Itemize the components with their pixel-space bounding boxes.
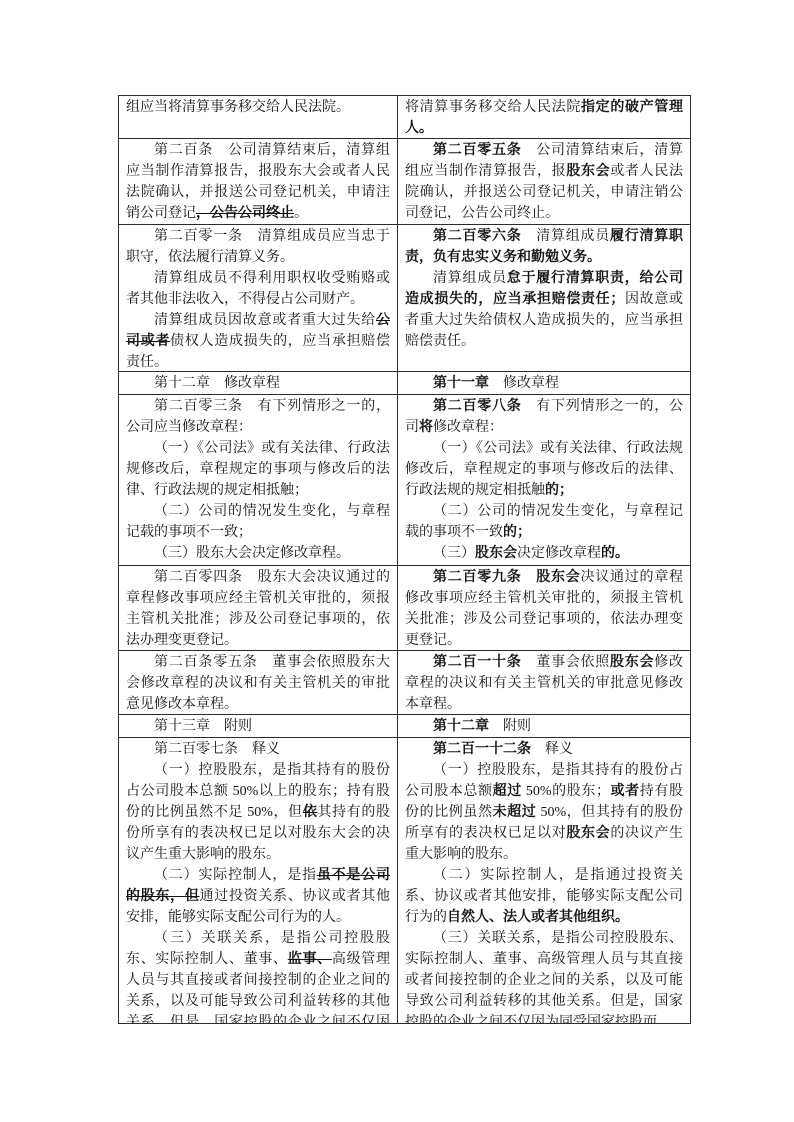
table-row: 组应当将清算事务移交给人民法院。将清算事务移交给人民法院指定的破产管理人。 (119, 96, 691, 139)
paragraph: 将清算事务移交给人民法院指定的破产管理人。 (405, 97, 683, 138)
cell-content: 将清算事务移交给人民法院指定的破产管理人。 (398, 96, 690, 138)
added-text-run: 未超过 (493, 805, 537, 820)
added-text-run: 的； (503, 525, 531, 540)
cell-content: 第二百条 公司清算结束后，清算组应当制作清算报告，报股东大会或者人民法院确认，并… (119, 139, 397, 224)
paragraph: 第二百一十条 董事会依照股东会修改章程的决议和有关主管机关的审批意见修改本章程。 (405, 652, 683, 714)
table-row: 第二百零三条 有下列情形之一的，公司应当修改章程：（一）《公司法》或有关法律、行… (119, 395, 691, 566)
cell-content: 第二百零五条 公司清算结束后，清算组应当制作清算报告，报股东会或者人民法院确认，… (398, 139, 690, 224)
added-text-run: 第二百一十二条 (433, 742, 531, 757)
cell-old-version: 第二百条零五条 董事会依照股东大会修改章程的决议和有关主管机关的审批意见修改本章… (119, 651, 398, 715)
text-run: （一）《公司法》或有关法律、行政法规修改后，章程规定的事项与修改后的法律、行政法… (126, 441, 390, 498)
added-text-run: 第二百零九条 (433, 570, 522, 585)
added-text-run: 第二百一十条 (433, 655, 522, 670)
cell-new-version: 第十二章 附则 (398, 715, 691, 738)
paragraph: 第十二章 附则 (405, 716, 683, 737)
text-run: 第二百零四条 股东大会决议通过的章程修改事项应经主管机关审批的，须报主管机关批准… (126, 570, 390, 648)
cell-old-version: 第二百零一条 清算组成员应当忠于职守，依法履行清算义务。清算组成员不得利用职权收… (119, 225, 398, 372)
table-row: 第二百零四条 股东大会决议通过的章程修改事项应经主管机关审批的，须报主管机关批准… (119, 566, 691, 651)
cell-old-version: 第二百零四条 股东大会决议通过的章程修改事项应经主管机关审批的，须报主管机关批准… (119, 566, 398, 651)
added-text-run: 股东会 (610, 655, 654, 670)
text-run: 附则 (489, 719, 531, 734)
cell-content: 第二百零三条 有下列情形之一的，公司应当修改章程：（一）《公司法》或有关法律、行… (119, 395, 397, 565)
paragraph: （三）关联关系，是指公司控股股东、实际控制人、董事、高级管理人员与其直接或者间接… (405, 928, 683, 1023)
added-text-run: 股东会 (475, 546, 517, 561)
paragraph: 第十三章 附则 (126, 716, 390, 737)
cell-new-version: 第二百零八条 有下列情形之一的，公司将修改章程：（一）《公司法》或有关法律、行政… (398, 395, 691, 566)
paragraph: 第二百零六条 清算组成员履行清算职责，负有忠实义务和勤勉义务。 (405, 226, 683, 268)
cell-content: 第二百零六条 清算组成员履行清算职责，负有忠实义务和勤勉义务。清算组成员怠于履行… (398, 225, 690, 371)
table-row: 第二百条 公司清算结束后，清算组应当制作清算报告，报股东大会或者人民法院确认，并… (119, 139, 691, 225)
cell-content: 第二百零八条 有下列情形之一的，公司将修改章程：（一）《公司法》或有关法律、行政… (398, 395, 690, 565)
cell-content: 第二百零一条 清算组成员应当忠于职守，依法履行清算义务。清算组成员不得利用职权收… (119, 225, 397, 371)
text-run: （二）公司的情况发生变化，与章程记载的事项不一致； (126, 504, 390, 540)
added-text-run: 或者 (610, 784, 640, 799)
cell-old-version: 第十三章 附则 (119, 715, 398, 738)
text-run: 组应当将清算事务移交给人民法院。 (126, 100, 350, 115)
comparison-table-body: 组应当将清算事务移交给人民法院。将清算事务移交给人民法院指定的破产管理人。第二百… (119, 96, 691, 1024)
paragraph: （一）《公司法》或有关法律、行政法规修改后，章程规定的事项与修改后的法律、行政法… (405, 438, 683, 501)
paragraph: 第十一章 修改章程 (405, 373, 683, 394)
paragraph: （一）控股股东，是指其持有的股份占公司股本总额 50%以上的股东；持有股份的比例… (126, 760, 390, 865)
cell-content: 组应当将清算事务移交给人民法院。 (119, 96, 397, 138)
cell-new-version: 第二百一十二条 释义（一）控股股东，是指其持有的股份占公司股本总额超过 50%的… (398, 738, 691, 1024)
table-row: 第二百零一条 清算组成员应当忠于职守，依法履行清算义务。清算组成员不得利用职权收… (119, 225, 691, 372)
paragraph: （二）公司的情况发生变化，与章程记载的事项不一致； (126, 501, 390, 543)
text-run: （三）股东大会决定修改章程。 (154, 546, 350, 561)
paragraph: 清算组成员怠于履行清算职责，给公司造成损失的，应当承担赔偿责任；因故意或者重大过… (405, 268, 683, 352)
text-run: 清算组成员 (433, 271, 507, 286)
text-run: 第十三章 附则 (154, 719, 252, 734)
text-run: 50%的股东； (522, 784, 610, 799)
text-run: （一）《公司法》或有关法律、行政法规修改后，章程规定的事项与修改后的法律、行政法… (405, 441, 683, 498)
text-run (522, 570, 537, 585)
paragraph: 组应当将清算事务移交给人民法院。 (126, 97, 390, 118)
cell-old-version: 第二百条 公司清算结束后，清算组应当制作清算报告，报股东大会或者人民法院确认，并… (119, 139, 398, 225)
cell-new-version: 第二百零六条 清算组成员履行清算职责，负有忠实义务和勤勉义务。清算组成员怠于履行… (398, 225, 691, 372)
added-text-run: 股东会 (536, 570, 580, 585)
paragraph: 第十二章 修改章程 (126, 373, 390, 394)
text-run: （二）实际控制人，是指 (154, 868, 317, 883)
paragraph: （三）关联关系，是指公司控股股东、实际控制人、董事、监事、高级管理人员与其直接或… (126, 928, 390, 1023)
added-text-run: 的； (545, 483, 573, 498)
document-page: 组应当将清算事务移交给人民法院。将清算事务移交给人民法院指定的破产管理人。第二百… (0, 0, 794, 1122)
cell-content: 第十二章 附则 (398, 715, 690, 737)
text-run: （三） (433, 546, 475, 561)
text-run: 释义 (531, 742, 573, 757)
deleted-text-run: 依 (303, 805, 318, 820)
paragraph: 第二百零七条 释义 (126, 739, 390, 760)
text-run: 第十二章 修改章程 (154, 376, 280, 391)
cell-new-version: 第二百零九条 股东会决议通过的章程修改事项应经主管机关审批的，须报主管机关批准；… (398, 566, 691, 651)
cell-content: 第二百零七条 释义（一）控股股东，是指其持有的股份占公司股本总额 50%以上的股… (119, 738, 397, 1023)
text-run: 第二百零一条 清算组成员应当忠于职守，依法履行清算义务。 (126, 229, 390, 265)
table-row: 第二百条零五条 董事会依照股东大会修改章程的决议和有关主管机关的审批意见修改本章… (119, 651, 691, 715)
cell-new-version: 第十一章 修改章程 (398, 372, 691, 395)
text-run: 清算组成员 (522, 229, 611, 244)
cell-content: 第十二章 修改章程 (119, 372, 397, 394)
added-text-run: 超过 (493, 784, 522, 799)
paragraph: （三）股东会决定修改章程的。 (405, 543, 683, 564)
text-run: 将清算事务移交给人民法院 (405, 100, 581, 115)
cell-old-version: 第十二章 修改章程 (119, 372, 398, 395)
cell-content: 第二百零九条 股东会决议通过的章程修改事项应经主管机关审批的，须报主管机关批准；… (398, 566, 690, 650)
paragraph: 第二百零八条 有下列情形之一的，公司将修改章程： (405, 396, 683, 438)
text-run: 决定修改章程 (517, 546, 601, 561)
deleted-text-run: 监事、 (288, 952, 332, 967)
text-run: 第二百零七条 释义 (154, 742, 280, 757)
text-run: 董事会依照 (522, 655, 611, 670)
paragraph: （二）公司的情况发生变化，与章程记载的事项不一致的； (405, 501, 683, 543)
text-run: （二）公司的情况发生变化，与章程记载的事项不一致 (405, 504, 683, 540)
table-row: 第十二章 修改章程第十一章 修改章程 (119, 372, 691, 395)
added-text-run: 将 (419, 420, 433, 435)
cell-content: 第二百零四条 股东大会决议通过的章程修改事项应经主管机关审批的，须报主管机关批准… (119, 566, 397, 650)
added-text-run: 第十二章 (433, 719, 489, 734)
cell-content: 第二百条零五条 董事会依照股东大会修改章程的决议和有关主管机关的审批意见修改本章… (119, 651, 397, 714)
added-text-run: 股东会 (566, 164, 610, 179)
added-text-run: 自然人、法人或者其他组织。 (447, 910, 629, 925)
text-run: 清算组成员不得利用职权收受贿赂或者其他非法收入，不得侵占公司财产。 (126, 271, 390, 307)
paragraph: 清算组成员不得利用职权收受贿赂或者其他非法收入，不得侵占公司财产。 (126, 268, 390, 310)
cell-content: 第二百一十条 董事会依照股东会修改章程的决议和有关主管机关的审批意见修改本章程。 (398, 651, 690, 714)
added-text-run: 第二百零八条 (433, 399, 522, 414)
comparison-table: 组应当将清算事务移交给人民法院。将清算事务移交给人民法院指定的破产管理人。第二百… (118, 95, 691, 1024)
cell-new-version: 第二百零五条 公司清算结束后，清算组应当制作清算报告，报股东会或者人民法院确认，… (398, 139, 691, 225)
table-row: 第二百零七条 释义（一）控股股东，是指其持有的股份占公司股本总额 50%以上的股… (119, 738, 691, 1024)
paragraph: （二）实际控制人，是指通过投资关系、协议或者其他安排，能够实际支配公司行为的自然… (405, 865, 683, 928)
added-text-run: 股东会 (566, 826, 610, 841)
text-run: 第二百条零五条 董事会依照股东大会修改章程的决议和有关主管机关的审批意见修改本章… (126, 655, 390, 712)
cell-content: 第二百一十二条 释义（一）控股股东，是指其持有的股份占公司股本总额超过 50%的… (398, 738, 690, 1023)
cell-content: 第十一章 修改章程 (398, 372, 690, 394)
added-text-run: 第二百零六条 (433, 229, 522, 244)
paragraph: 第二百条 公司清算结束后，清算组应当制作清算报告，报股东大会或者人民法院确认，并… (126, 140, 390, 224)
paragraph: 第二百零四条 股东大会决议通过的章程修改事项应经主管机关审批的，须报主管机关批准… (126, 567, 390, 650)
added-text-run: 的。 (601, 546, 629, 561)
paragraph: 第二百零三条 有下列情形之一的，公司应当修改章程： (126, 396, 390, 438)
paragraph: 第二百一十二条 释义 (405, 739, 683, 760)
paragraph: （三）股东大会决定修改章程。 (126, 543, 390, 564)
paragraph: 第二百条零五条 董事会依照股东大会修改章程的决议和有关主管机关的审批意见修改本章… (126, 652, 390, 714)
cell-old-version: 组应当将清算事务移交给人民法院。 (119, 96, 398, 139)
paragraph: 第二百零九条 股东会决议通过的章程修改事项应经主管机关审批的，须报主管机关批准；… (405, 567, 683, 650)
text-run: （三）关联关系，是指公司控股股东、实际控制人、董事、高级管理人员与其直接或者间接… (405, 931, 683, 1023)
text-run: 。 (294, 206, 308, 221)
cell-old-version: 第二百零三条 有下列情形之一的，公司应当修改章程：（一）《公司法》或有关法律、行… (119, 395, 398, 566)
cell-content: 第十三章 附则 (119, 715, 397, 737)
paragraph: 清算组成员因故意或者重大过失给公司或者债权人造成损失的，应当承担赔偿责任。 (126, 310, 390, 371)
cell-new-version: 将清算事务移交给人民法院指定的破产管理人。 (398, 96, 691, 139)
paragraph: 第二百零一条 清算组成员应当忠于职守，依法履行清算义务。 (126, 226, 390, 268)
paragraph: （一）《公司法》或有关法律、行政法规修改后，章程规定的事项与修改后的法律、行政法… (126, 438, 390, 501)
text-run: 第二百零三条 有下列情形之一的，公司应当修改章程： (126, 399, 390, 435)
paragraph: 第二百零五条 公司清算结束后，清算组应当制作清算报告，报股东会或者人民法院确认，… (405, 140, 683, 224)
added-text-run: 第二百零五条 (433, 143, 522, 158)
cell-new-version: 第二百一十条 董事会依照股东会修改章程的决议和有关主管机关的审批意见修改本章程。 (398, 651, 691, 715)
cell-old-version: 第二百零七条 释义（一）控股股东，是指其持有的股份占公司股本总额 50%以上的股… (119, 738, 398, 1024)
table-row: 第十三章 附则第十二章 附则 (119, 715, 691, 738)
added-text-run: 第十一章 (433, 376, 489, 391)
paragraph: （二）实际控制人，是指虽不是公司的股东，但通过投资关系、协议或者其他安排，能够实… (126, 865, 390, 928)
deleted-text-run: ，公告公司终止 (196, 206, 294, 221)
text-run: 修改章程： (433, 420, 503, 435)
text-run: 修改章程 (489, 376, 559, 391)
paragraph: （一）控股股东，是指其持有的股份占公司股本总额超过 50%的股东；或者持有股份的… (405, 760, 683, 865)
text-run: 清算组成员因故意或者重大过失给 (154, 313, 376, 328)
